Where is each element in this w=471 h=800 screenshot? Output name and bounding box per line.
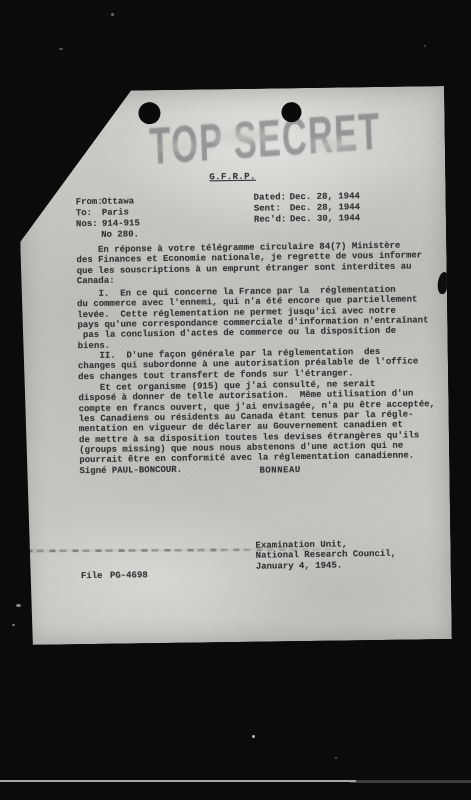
from-label: From: bbox=[76, 197, 103, 208]
film-dust-speck bbox=[335, 757, 337, 759]
to-value: Paris bbox=[102, 207, 129, 218]
paragraph-conclusion: Et cet organisme (915) que j'ai consulté… bbox=[78, 378, 436, 476]
dated-label: Dated: bbox=[254, 192, 287, 203]
document-paper: TOP SECRET G.F.R.P. From: Ottawa To: Par… bbox=[18, 86, 452, 645]
file-label: File bbox=[81, 571, 103, 582]
file-number: PG-4698 bbox=[110, 570, 148, 581]
film-dust-speck bbox=[424, 45, 426, 47]
signature: BONNEAU bbox=[259, 465, 300, 476]
ink-blot bbox=[437, 272, 449, 295]
film-dust-speck bbox=[252, 735, 255, 738]
examination-unit-block: Examination Unit,National Research Counc… bbox=[255, 539, 396, 572]
paragraph-point-one: I. En ce qui concerne la France par la r… bbox=[77, 284, 429, 351]
nos-label: Nos: bbox=[76, 219, 98, 230]
recd-value: Dec. 30, 1944 bbox=[290, 213, 360, 224]
nos-value: 914-915 bbox=[102, 218, 140, 229]
film-dust-speck bbox=[16, 604, 21, 607]
from-value: Ottawa bbox=[102, 196, 135, 207]
dated-value: Dec. 28, 1944 bbox=[290, 191, 360, 202]
classification-header: G.F.R.P. bbox=[209, 172, 256, 183]
paragraph-intro: En réponse à votre télégramme circulaire… bbox=[76, 240, 422, 286]
film-edge-line-light bbox=[0, 780, 356, 782]
film-dust-speck bbox=[111, 13, 114, 16]
sent-value: Dec. 28, 1944 bbox=[290, 202, 360, 213]
microfilm-scan: TOP SECRET G.F.R.P. From: Ottawa To: Par… bbox=[0, 0, 471, 800]
film-dust-speck bbox=[12, 624, 15, 626]
recd-label: Rec'd: bbox=[254, 214, 287, 225]
to-label: To: bbox=[76, 208, 92, 219]
film-edge-line-dark bbox=[350, 780, 471, 783]
sent-label: Sent: bbox=[254, 203, 281, 214]
stamp-fade-mottle bbox=[138, 107, 399, 173]
telegram-number: No 280. bbox=[101, 229, 139, 240]
film-dust-speck bbox=[59, 48, 63, 50]
paragraph-point-two: II. D'une façon générale par la réglemen… bbox=[78, 346, 419, 382]
